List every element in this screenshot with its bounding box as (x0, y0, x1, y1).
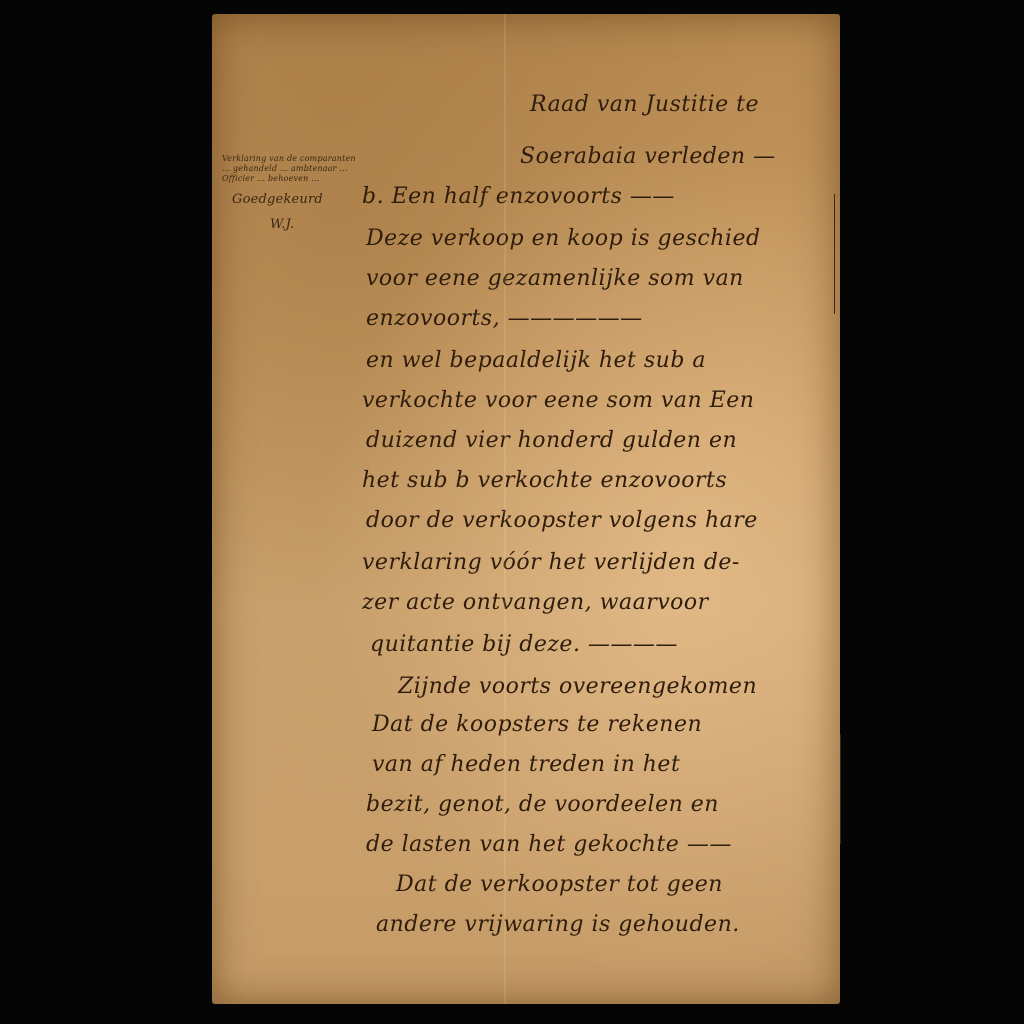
text-line: en wel bepaaldelijk het sub a (366, 348, 706, 373)
text-line: quitantie bij deze. ———— (370, 632, 678, 657)
text-line: zer acte ontvangen, waarvoor (362, 590, 709, 615)
margin-note-text: Verklaring van de comparanten ... gehand… (222, 154, 356, 183)
text-line: voor eene gezamenlijke som van (366, 266, 744, 291)
text-line: enzovoorts, —————— (366, 306, 643, 331)
text-line: door de verkoopster volgens hare (366, 508, 758, 533)
text-line: bezit, genot, de voordeelen en (366, 792, 719, 817)
text-line: van af heden treden in het (372, 752, 680, 777)
text-line: b. Een half enzovoorts —— (362, 184, 675, 209)
text-line: Zijnde voorts overeengekomen (398, 674, 757, 699)
text-line: andere vrijwaring is gehouden. (376, 912, 740, 937)
document-page: Verklaring van de comparanten ... gehand… (212, 14, 840, 1004)
margin-rule (840, 734, 841, 844)
margin-rule (834, 194, 835, 314)
text-line: Raad van Justitie te (530, 92, 759, 117)
text-line: het sub b verkochte enzovoorts (362, 468, 727, 493)
text-line: de lasten van het gekochte —— (366, 832, 732, 857)
text-line: verkochte voor eene som van Een (362, 388, 754, 413)
text-line: Deze verkoop en koop is geschied (366, 226, 761, 251)
text-line: Soerabaia verleden — (520, 144, 776, 169)
text-line: verklaring vóór het verlijden de- (362, 550, 740, 575)
margin-initials: W.J. (222, 220, 362, 230)
text-line: Dat de verkoopster tot geen (396, 872, 723, 897)
margin-annotation: Verklaring van de comparanten ... gehand… (222, 154, 362, 230)
text-line: duizend vier honderd gulden en (366, 428, 737, 453)
text-line: Dat de koopsters te rekenen (372, 712, 702, 737)
margin-signature: Goedgekeurd (222, 192, 362, 208)
